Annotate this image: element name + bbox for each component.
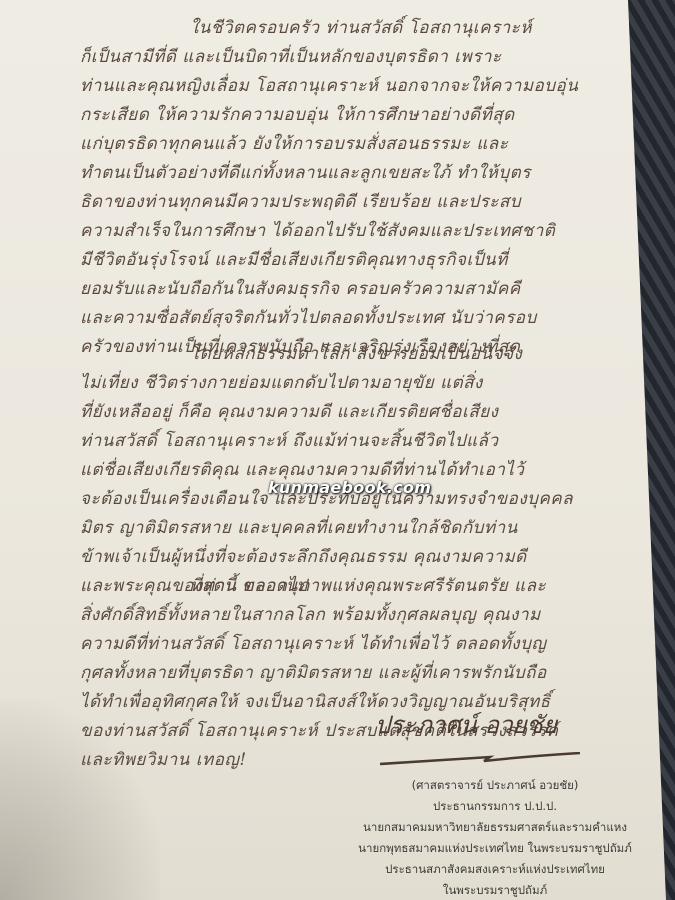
- handwritten-line: กุศลทั้งหลายที่บุตรธิดา ญาติมิตรสหาย และ…: [80, 659, 625, 688]
- printed-signature-block: (ศาสตราจารย์ ประภาศน์ อวยชัย) ประธานกรรม…: [330, 775, 660, 900]
- handwritten-line: และความซื่อสัตย์สุจริตกันทั่วไปตลอดทั้งป…: [80, 304, 625, 333]
- handwritten-line: ทำตนเป็นตัวอย่างที่ดีแก่ทั้งหลานและลูกเข…: [80, 159, 625, 188]
- signer-name: (ศาสตราจารย์ ประภาศน์ อวยชัย): [330, 775, 660, 796]
- handwritten-line: ท่านสวัสดิ์ โอสถานุเคราะห์ ถึงแม้ท่านจะส…: [80, 427, 625, 456]
- signature-underline: [380, 752, 580, 766]
- handwritten-line: ในชีวิตครอบครัว ท่านสวัสดิ์ โอสถานุเคราะ…: [80, 14, 625, 43]
- handwritten-line: ก็เป็นสามีที่ดี และเป็นบิดาที่เป็นหลักขอ…: [80, 43, 625, 72]
- handwritten-line: ที่ยังเหลืออยู่ ก็คือ คุณงามความดี และเก…: [80, 398, 625, 427]
- signature: ประภาศน์ อวยชัย: [375, 705, 557, 744]
- handwritten-line: ความดีที่ท่านสวัสดิ์ โอสถานุเคราะห์ ได้ท…: [80, 630, 625, 659]
- handwritten-line: ที่สุดนี้ ขออานุภาพแห่งคุณพระศรีรัตนตรัย…: [80, 572, 625, 601]
- watermark: kunmaebook.com: [268, 478, 431, 497]
- handwritten-line: ความสำเร็จในการศึกษา ได้ออกไปรับใช้สังคม…: [80, 217, 625, 246]
- handwritten-line: ท่านและคุณหญิงเลื่อม โอสถานุเคราะห์ นอกจ…: [80, 72, 625, 101]
- signer-title: นายกพุทธสมาคมแห่งประเทศไทย ในพระบรมราชูป…: [330, 838, 660, 859]
- handwritten-paragraph-1: ในชีวิตครอบครัว ท่านสวัสดิ์ โอสถานุเคราะ…: [80, 14, 625, 362]
- letter-page: ในชีวิตครอบครัว ท่านสวัสดิ์ โอสถานุเคราะ…: [0, 0, 675, 900]
- handwritten-line: แก่บุตรธิดาทุกคนแล้ว ยังให้การอบรมสั่งสอ…: [80, 130, 625, 159]
- handwritten-line: ไม่เที่ยง ชีวิตร่างกายย่อมแตกดับไปตามอาย…: [80, 369, 625, 398]
- handwritten-line: ธิดาของท่านทุกคนมีความประพฤติดี เรียบร้อ…: [80, 188, 625, 217]
- handwritten-line: ยอมรับและนับถือกันในสังคมธุรกิจ ครอบครัว…: [80, 275, 625, 304]
- handwritten-line: กระเสียด ให้ความรักความอบอุ่น ให้การศึกษ…: [80, 101, 625, 130]
- handwritten-line: ข้าพเจ้าเป็นผู้หนึ่งที่จะต้องระลึกถึงคุณ…: [80, 543, 625, 572]
- signer-title: ประธานสภาสังคมสงเคราะห์แห่งประเทศไทย: [330, 859, 660, 880]
- signer-title: นายกสมาคมมหาวิทยาลัยธรรมศาสตร์และรามคำแห…: [330, 817, 660, 838]
- handwritten-line: โดยหลักธรรมดาโลก สังขารย่อมเป็นอนิจจัง: [80, 340, 625, 369]
- handwritten-paragraph-3: ที่สุดนี้ ขออานุภาพแห่งคุณพระศรีรัตนตรัย…: [80, 572, 625, 775]
- signer-title: ในพระบรมราชูปถัมภ์: [330, 880, 660, 900]
- handwritten-line: มิตร ญาติมิตรสหาย และบุคคลที่เคยทำงานใกล…: [80, 514, 625, 543]
- handwritten-paragraph-2: โดยหลักธรรมดาโลก สังขารย่อมเป็นอนิจจัง ไ…: [80, 340, 625, 601]
- handwritten-line: มีชีวิตอันรุ่งโรจน์ และมีชื่อเสียงเกียรต…: [80, 246, 625, 275]
- signer-title: ประธานกรรมการ ป.ป.ป.: [330, 796, 660, 817]
- handwritten-line: สิ่งศักดิ์สิทธิ์ทั้งหลายในสากลโลก พร้อมท…: [80, 601, 625, 630]
